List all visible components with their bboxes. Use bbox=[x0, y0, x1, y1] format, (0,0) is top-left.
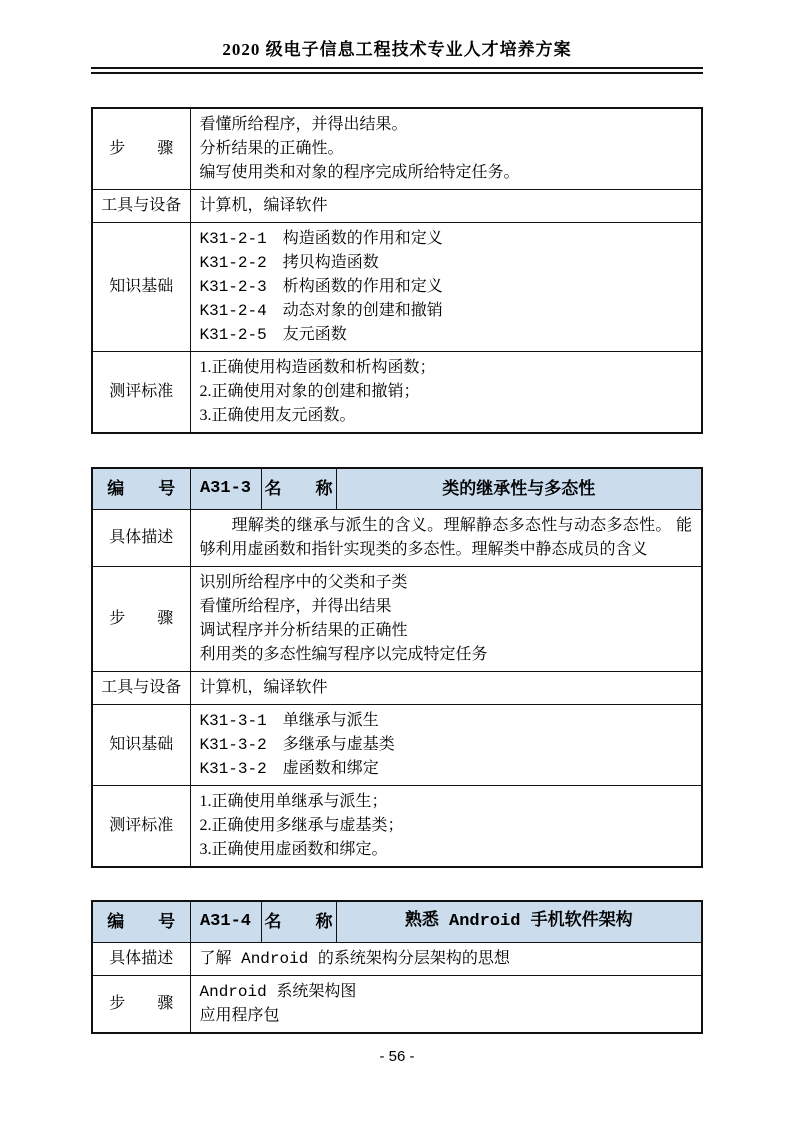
row-label: 步 骤 bbox=[92, 567, 190, 672]
task-table-a31-2: 步 骤 看懂所给程序，并得出结果。 分析结果的正确性。 编写使用类和对象的程序完… bbox=[91, 107, 703, 434]
task-table-a31-4: 编 号 A31-4 名 称 熟悉 Android 手机软件架构 具体描述 了解 … bbox=[91, 900, 703, 1034]
table-header-row: 编 号 A31-3 名 称 类的继承性与多态性 bbox=[92, 468, 702, 510]
header-double-rule bbox=[91, 67, 703, 74]
knowledge-code-line: K31-2-4 动态对象的创建和撤销 bbox=[200, 299, 693, 323]
task-table-a31-3: 编 号 A31-3 名 称 类的继承性与多态性 具体描述 理解类的继承与派生的含… bbox=[91, 467, 703, 868]
criteria-line: 1.正确使用单继承与派生； bbox=[200, 790, 693, 814]
row-tools: 工具与设备 计算机，编译软件 bbox=[92, 672, 702, 705]
content-line: 应用程序包 bbox=[200, 1004, 693, 1028]
row-content: 看懂所给程序，并得出结果。 分析结果的正确性。 编写使用类和对象的程序完成所给特… bbox=[190, 108, 702, 190]
criteria-line: 3.正确使用虚函数和绑定。 bbox=[200, 838, 693, 862]
row-label: 步 骤 bbox=[92, 976, 190, 1034]
row-label: 工具与设备 bbox=[92, 190, 190, 223]
row-content: 识别所给程序中的父类和子类 看懂所给程序，并得出结果 调试程序并分析结果的正确性… bbox=[190, 567, 702, 672]
row-knowledge: 知识基础 K31-3-1 单继承与派生 K31-3-2 多继承与虚基类 K31-… bbox=[92, 705, 702, 786]
row-label: 具体描述 bbox=[92, 943, 190, 976]
row-tools: 工具与设备 计算机，编译软件 bbox=[92, 190, 702, 223]
criteria-line: 1.正确使用构造函数和析构函数； bbox=[200, 356, 693, 380]
row-content: K31-3-1 单继承与派生 K31-3-2 多继承与虚基类 K31-3-2 虚… bbox=[190, 705, 702, 786]
row-criteria: 测评标准 1.正确使用构造函数和析构函数； 2.正确使用对象的创建和撤销； 3.… bbox=[92, 352, 702, 434]
row-label: 工具与设备 bbox=[92, 672, 190, 705]
description-text: 了解 Android 的系统架构分层架构的思想 bbox=[200, 947, 693, 971]
row-knowledge: 知识基础 K31-2-1 构造函数的作用和定义 K31-2-2 拷贝构造函数 K… bbox=[92, 223, 702, 352]
task-title: 类的继承性与多态性 bbox=[336, 468, 702, 510]
page-title: 2020 级电子信息工程技术专业人才培养方案 bbox=[91, 38, 703, 62]
field-label-number: 编 号 bbox=[92, 468, 190, 510]
table-header-row: 编 号 A31-4 名 称 熟悉 Android 手机软件架构 bbox=[92, 901, 702, 943]
row-label: 具体描述 bbox=[92, 510, 190, 567]
row-content: 了解 Android 的系统架构分层架构的思想 bbox=[190, 943, 702, 976]
task-code: A31-3 bbox=[190, 468, 261, 510]
row-content: 计算机，编译软件 bbox=[190, 672, 702, 705]
row-label: 测评标准 bbox=[92, 352, 190, 434]
criteria-line: 2.正确使用对象的创建和撤销； bbox=[200, 380, 693, 404]
row-label: 步 骤 bbox=[92, 108, 190, 190]
row-criteria: 测评标准 1.正确使用单继承与派生； 2.正确使用多继承与虚基类； 3.正确使用… bbox=[92, 786, 702, 868]
field-label-number: 编 号 bbox=[92, 901, 190, 943]
content-line: 调试程序并分析结果的正确性 bbox=[200, 619, 693, 643]
field-label-name: 名 称 bbox=[261, 468, 336, 510]
row-steps: 步 骤 识别所给程序中的父类和子类 看懂所给程序，并得出结果 调试程序并分析结果… bbox=[92, 567, 702, 672]
content-line: 利用类的多态性编写程序以完成特定任务 bbox=[200, 643, 693, 667]
knowledge-code-line: K31-3-2 虚函数和绑定 bbox=[200, 757, 693, 781]
field-label-name: 名 称 bbox=[261, 901, 336, 943]
content-line: 分析结果的正确性。 bbox=[200, 137, 693, 161]
content-line: 看懂所给程序，并得出结果。 bbox=[200, 113, 693, 137]
content-line: Android 系统架构图 bbox=[200, 980, 693, 1004]
content-line: 看懂所给程序，并得出结果 bbox=[200, 595, 693, 619]
row-description: 具体描述 理解类的继承与派生的含义。理解静态多态性与动态多态性。 能够利用虚函数… bbox=[92, 510, 702, 567]
knowledge-code-line: K31-3-2 多继承与虚基类 bbox=[200, 733, 693, 757]
row-label: 测评标准 bbox=[92, 786, 190, 868]
row-description: 具体描述 了解 Android 的系统架构分层架构的思想 bbox=[92, 943, 702, 976]
row-content: Android 系统架构图 应用程序包 bbox=[190, 976, 702, 1034]
page-number: - 56 - bbox=[91, 1048, 703, 1065]
row-label: 知识基础 bbox=[92, 705, 190, 786]
content-line: 识别所给程序中的父类和子类 bbox=[200, 571, 693, 595]
task-title: 熟悉 Android 手机软件架构 bbox=[336, 901, 702, 943]
content-line: 编写使用类和对象的程序完成所给特定任务。 bbox=[200, 161, 693, 185]
row-content: 理解类的继承与派生的含义。理解静态多态性与动态多态性。 能够利用虚函数和指针实现… bbox=[190, 510, 702, 567]
knowledge-code-line: K31-2-3 析构函数的作用和定义 bbox=[200, 275, 693, 299]
knowledge-code-line: K31-2-1 构造函数的作用和定义 bbox=[200, 227, 693, 251]
row-content: 1.正确使用构造函数和析构函数； 2.正确使用对象的创建和撤销； 3.正确使用友… bbox=[190, 352, 702, 434]
knowledge-code-line: K31-2-2 拷贝构造函数 bbox=[200, 251, 693, 275]
task-code: A31-4 bbox=[190, 901, 261, 943]
content-line: 计算机，编译软件 bbox=[200, 194, 693, 218]
row-content: K31-2-1 构造函数的作用和定义 K31-2-2 拷贝构造函数 K31-2-… bbox=[190, 223, 702, 352]
row-content: 1.正确使用单继承与派生； 2.正确使用多继承与虚基类； 3.正确使用虚函数和绑… bbox=[190, 786, 702, 868]
content-line: 计算机，编译软件 bbox=[200, 676, 693, 700]
row-content: 计算机，编译软件 bbox=[190, 190, 702, 223]
knowledge-code-line: K31-2-5 友元函数 bbox=[200, 323, 693, 347]
row-steps: 步 骤 看懂所给程序，并得出结果。 分析结果的正确性。 编写使用类和对象的程序完… bbox=[92, 108, 702, 190]
row-label: 知识基础 bbox=[92, 223, 190, 352]
document-page: 2020 级电子信息工程技术专业人才培养方案 步 骤 看懂所给程序，并得出结果。… bbox=[0, 0, 793, 1122]
criteria-line: 3.正确使用友元函数。 bbox=[200, 404, 693, 428]
description-text: 理解类的继承与派生的含义。理解静态多态性与动态多态性。 能够利用虚函数和指针实现… bbox=[200, 514, 693, 562]
criteria-line: 2.正确使用多继承与虚基类； bbox=[200, 814, 693, 838]
row-steps: 步 骤 Android 系统架构图 应用程序包 bbox=[92, 976, 702, 1034]
knowledge-code-line: K31-3-1 单继承与派生 bbox=[200, 709, 693, 733]
